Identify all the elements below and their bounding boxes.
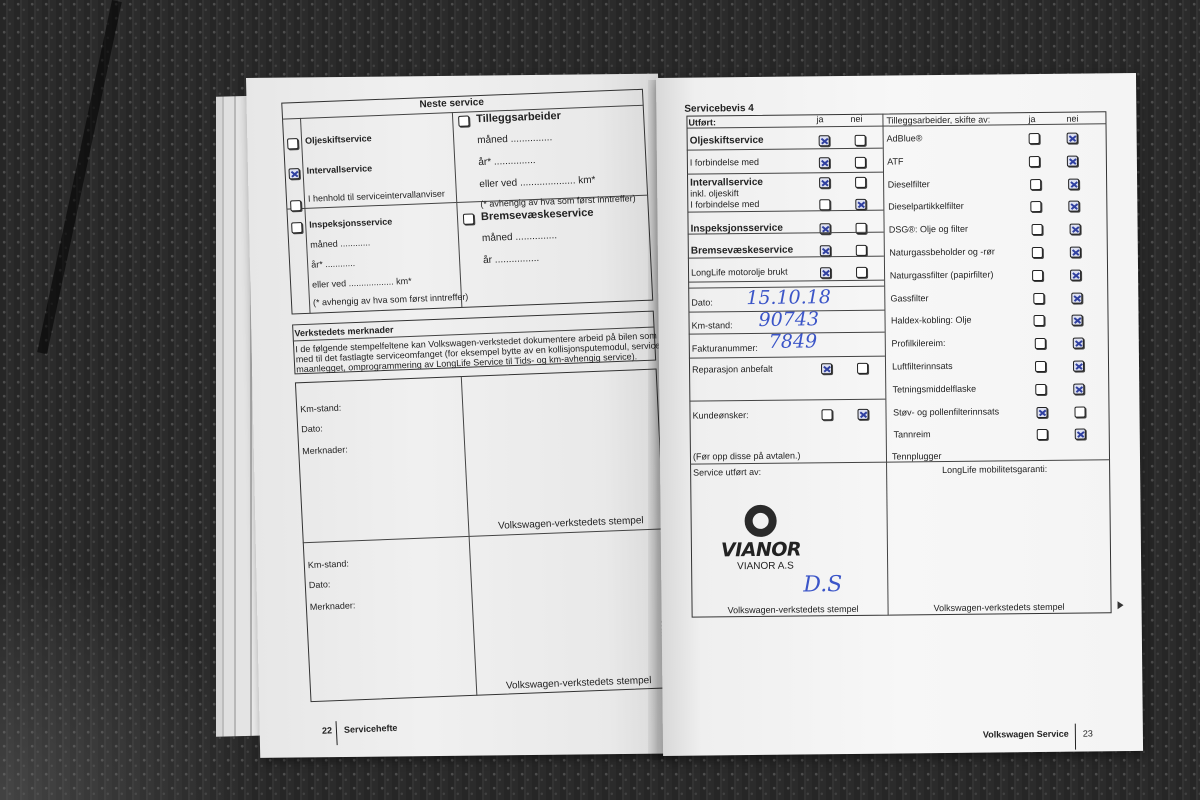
tillegg-ja-checkbox[interactable] (1035, 361, 1046, 372)
tillegg-nei-checkbox[interactable] (1073, 361, 1084, 372)
vianor-brand: VIANOR (721, 539, 801, 562)
tillegg-nei-checkbox[interactable] (1069, 224, 1080, 235)
right-page-number: 23 (1083, 728, 1093, 738)
kundeonsker-note: (Før opp disse på avtalen.) (693, 451, 801, 462)
utfort-row-label: LongLife motorolje brukt (691, 267, 788, 278)
left-page: Neste service Oljeskiftservice Intervall… (246, 74, 672, 758)
tillegg-nei-checkbox[interactable] (1070, 247, 1081, 258)
divider (1075, 724, 1076, 750)
service-utfort-label: Service utført av: (693, 467, 761, 478)
tillegg-ar: år* ............... (478, 155, 536, 168)
utfort-nei-checkbox[interactable] (855, 199, 866, 210)
utfort-ja-checkbox[interactable] (819, 157, 830, 168)
tillegg-row-label: Haldex-kobling: Olje (891, 315, 972, 326)
tillegg-nei-checkbox[interactable] (1074, 406, 1085, 417)
kundeonsker-label: Kundeønsker: (692, 410, 748, 421)
tillegg-ja-checkbox[interactable] (1036, 384, 1047, 395)
tillegg-ja-header: ja (1028, 114, 1035, 124)
dato-value: 15.10.18 (746, 286, 831, 309)
dato-label: Dato: (691, 297, 713, 307)
left-page-number: 22 (322, 725, 332, 735)
henhold-checkbox[interactable] (290, 200, 302, 211)
utfort-row-label: Intervallservice (690, 177, 763, 189)
tillegg-ja-checkbox[interactable] (1032, 247, 1043, 258)
tillegg-nei-checkbox[interactable] (1071, 292, 1082, 303)
servicebevis-title: Servicebevis 4 (684, 103, 754, 115)
stamp-1-dato: Dato: (301, 423, 323, 434)
tillegg-nei-checkbox[interactable] (1070, 269, 1081, 280)
reparasjon-label: Reparasjon anbefalt (692, 364, 773, 375)
vianor-company: VIANOR A.S (737, 561, 794, 573)
tillegg-ja-checkbox[interactable] (1033, 293, 1044, 304)
tennplugger-label: Tennplugger (892, 451, 942, 462)
service-booklet: Neste service Oljeskiftservice Intervall… (0, 0, 1200, 800)
utfort-row-label: I forbindelse med (690, 199, 759, 210)
kundeonsker-nei-checkbox[interactable] (857, 409, 868, 420)
tillegg-row-label: Naturgassfilter (papirfilter) (890, 269, 994, 280)
km-stand-value: 90743 (758, 308, 819, 331)
right-page: Servicebevis 4 Utført: ja nei Oljeskifts… (656, 73, 1143, 756)
tillegg-header: Tilleggsarbeider, skifte av: (886, 115, 990, 126)
inspeksjon-checkbox[interactable] (291, 222, 303, 233)
tillegg-row-label: AdBlue® (887, 133, 923, 143)
utfort-nei-checkbox[interactable] (855, 157, 866, 168)
tillegg-row-label: Støv- og pollenfilterinnsats (893, 406, 999, 417)
tillegg-row-label: Gassfilter (890, 293, 928, 303)
utfort-row-label: Bremsevæskeservice (691, 245, 793, 257)
stamp-1-km: Km-stand: (300, 403, 341, 415)
tillegg-nei-checkbox[interactable] (1068, 201, 1079, 212)
next-page-arrow-icon (1118, 601, 1124, 609)
tillegg-row-label: Profilkilereim: (891, 338, 945, 349)
utfort-nei-checkbox[interactable] (856, 245, 867, 256)
longlife-stamp-caption: Volkswagen-verkstedets stempel (934, 602, 1065, 613)
bremse-ar: år ................ (483, 253, 540, 266)
tillegg-nei-checkbox[interactable] (1067, 155, 1078, 166)
oljeskift-checkbox[interactable] (287, 138, 299, 149)
nei-header: nei (850, 114, 862, 124)
tillegg-ja-checkbox[interactable] (1031, 224, 1042, 235)
tillegg-checkbox[interactable] (458, 115, 470, 126)
tillegg-row-label: Dieselfilter (888, 179, 930, 189)
ja-header: ja (816, 114, 823, 124)
tillegg-row-label: DSG®: Olje og filter (889, 224, 968, 235)
tillegg-ja-checkbox[interactable] (1031, 201, 1042, 212)
tillegg-ja-checkbox[interactable] (1034, 338, 1045, 349)
bremse-checkbox[interactable] (463, 213, 475, 224)
tillegg-nei-header: nei (1066, 114, 1078, 124)
right-footer-title: Volkswagen Service (983, 729, 1069, 740)
tillegg-ja-checkbox[interactable] (1036, 407, 1047, 418)
tillegg-ja-checkbox[interactable] (1029, 156, 1040, 167)
stamp-2-km: Km-stand: (308, 559, 349, 571)
tillegg-nei-checkbox[interactable] (1075, 429, 1086, 440)
tillegg-nei-checkbox[interactable] (1074, 383, 1085, 394)
service-stamp-caption: Volkswagen-verkstedets stempel (728, 604, 859, 615)
tillegg-row-label: ATF (887, 156, 903, 166)
tillegg-ja-checkbox[interactable] (1037, 429, 1048, 440)
tillegg-ja-checkbox[interactable] (1029, 133, 1040, 144)
utfort-ja-checkbox[interactable] (820, 267, 831, 278)
divider (336, 721, 338, 745)
tillegg-row-label: Tetningsmiddelflaske (893, 383, 977, 394)
kundeonsker-ja-checkbox[interactable] (821, 409, 832, 420)
reparasjon-nei-checkbox[interactable] (857, 363, 868, 374)
utfort-ja-checkbox[interactable] (820, 245, 831, 256)
stamp-1-merknader: Merknader: (302, 444, 348, 456)
tillegg-row-label: Luftfilterinnsats (892, 361, 953, 372)
utfort-ja-checkbox[interactable] (819, 177, 830, 188)
longlife-label: LongLife mobilitetsgaranti: (942, 464, 1047, 475)
utfort-ja-checkbox[interactable] (819, 135, 830, 146)
tillegg-nei-checkbox[interactable] (1072, 315, 1083, 326)
tillegg-row-label: Dieselpartikkelfilter (888, 201, 964, 212)
left-footer-title: Servicehefte (344, 723, 398, 735)
reparasjon-ja-checkbox[interactable] (821, 363, 832, 374)
utfort-row-sublabel: inkl. oljeskift (690, 188, 739, 199)
stamp-2-merknader: Merknader: (310, 600, 356, 612)
utfort-header: Utført: (688, 117, 716, 127)
utfort-row-label: I forbindelse med (690, 157, 759, 168)
km-stand-label: Km-stand: (692, 320, 733, 330)
vianor-logo-icon (744, 505, 776, 537)
tillegg-row-label: Tannreim (894, 430, 931, 440)
tillegg-nei-checkbox[interactable] (1068, 178, 1079, 189)
faktura-label: Fakturanummer: (692, 343, 758, 354)
utfort-nei-checkbox[interactable] (856, 267, 867, 278)
tillegg-nei-checkbox[interactable] (1067, 133, 1078, 144)
tillegg-ja-checkbox[interactable] (1032, 270, 1043, 281)
intervall-checkbox[interactable] (288, 168, 300, 179)
utfort-nei-checkbox[interactable] (855, 177, 866, 188)
tillegg-nei-checkbox[interactable] (1072, 338, 1083, 349)
utfort-row-label: Oljeskiftservice (690, 135, 764, 147)
tillegg-ja-checkbox[interactable] (1034, 315, 1045, 326)
utfort-ja-checkbox[interactable] (819, 199, 830, 210)
signature: D.S (803, 572, 842, 597)
tillegg-ja-checkbox[interactable] (1030, 179, 1041, 190)
inspeksjon-ar: år* ............ (311, 258, 355, 270)
tillegg-row-label: Naturgassbeholder og -rør (889, 246, 995, 257)
utfort-nei-checkbox[interactable] (855, 135, 866, 146)
faktura-value: 7849 (769, 330, 818, 353)
stamp-2-dato: Dato: (309, 579, 331, 590)
